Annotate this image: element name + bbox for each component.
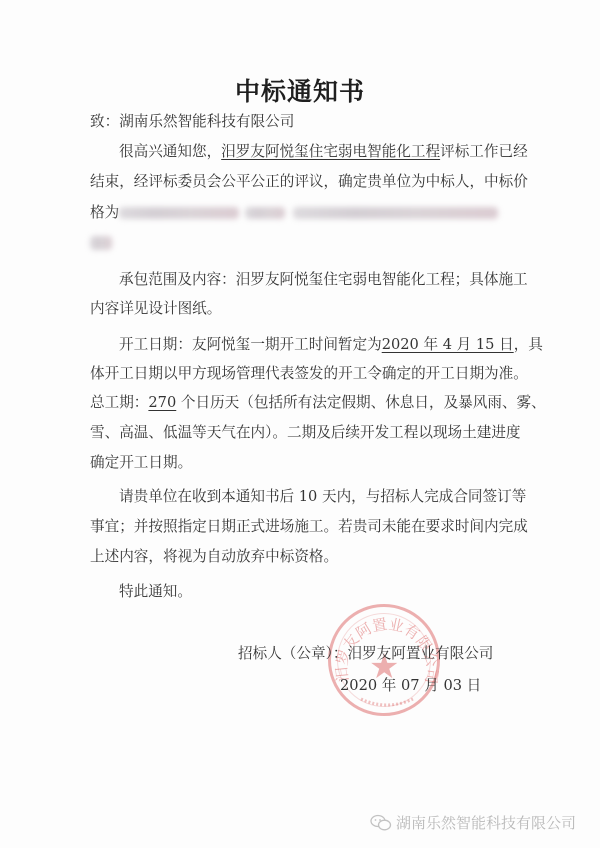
start-date: 2020 年 4 月 15 日: [382, 336, 514, 353]
project-name: 汨罗友阿悦玺住宅弱电智能化工程: [221, 143, 440, 160]
redacted-price-part2: [245, 207, 285, 219]
para3-line5: 确定开工日期。: [90, 453, 510, 473]
para4-line3: 上述内容，将视为自动放弃中标资格。: [90, 547, 510, 567]
price-label: 格为: [90, 204, 119, 221]
watermark-text: 湖南乐然智能科技有限公司: [396, 812, 576, 833]
para2-line1: 承包范围及内容：汨罗友阿悦玺住宅弱电智能化工程；具体施工: [119, 270, 510, 290]
signature-line: 招标人（公章）：汨罗友阿置业有限公司: [238, 642, 493, 663]
duration-label: 总工期：: [90, 394, 148, 411]
para1-suffix: 评标工作已经: [440, 143, 528, 160]
para3-suffix: ，具: [514, 336, 543, 353]
wechat-watermark: 湖南乐然智能科技有限公司: [370, 812, 576, 833]
issue-date: 2020 年 07 月 03 日: [340, 674, 481, 695]
para3-line3: 总工期：270 个日历天（包括所有法定假期、休息日，及暴风雨、雾、: [90, 393, 510, 413]
para1-prefix: 很高兴通知您，: [119, 143, 221, 160]
para1-line3: 格为: [90, 203, 510, 223]
para4-line2: 事宜；并按照指定日期正式进场施工。若贵司未能在要求时间内完成: [90, 517, 510, 537]
para3-line2: 体开工日期以甲方现场管理代表签发的开工令确定的开工日期为准。: [90, 364, 510, 384]
para3-line4: 雪、高温、低温等天气在内）。二期及后续开发工程以现场土建进度: [90, 423, 510, 443]
duration-suffix: 个日历天（包括所有法定假期、休息日，及暴风雨、雾、: [176, 394, 546, 411]
redacted-price-part1: [119, 207, 239, 219]
para2-line2: 内容详见设计图纸。: [90, 299, 510, 319]
para4-line1: 请贵单位在收到本通知书后 10 天内，与招标人完成合同签订等: [119, 487, 510, 507]
signature-label: 招标人（公章）：: [238, 645, 347, 662]
start-date-label: 开工日期：友阿悦玺一期开工时间暂定为: [119, 336, 382, 353]
para3-line1: 开工日期：友阿悦玺一期开工时间暂定为2020 年 4 月 15 日，具: [119, 335, 510, 355]
closing-line: 特此通知。: [119, 582, 510, 602]
recipient-line: 致：湖南乐然智能科技有限公司: [90, 112, 510, 132]
document-title: 中标通知书: [0, 72, 600, 108]
redacted-price-part4: [90, 236, 112, 250]
para1-line2: 结束，经评标委员会公平公正的评议，确定贵单位为中标人，中标价: [90, 172, 510, 192]
para1-line4: [90, 233, 510, 253]
wechat-icon: [370, 814, 392, 832]
notice-document: 中标通知书 致：湖南乐然智能科技有限公司 很高兴通知您，汨罗友阿悦玺住宅弱电智能…: [0, 0, 600, 848]
issuer-name: 汨罗友阿置业有限公司: [347, 645, 493, 662]
para1-line1: 很高兴通知您，汨罗友阿悦玺住宅弱电智能化工程评标工作已经: [119, 142, 510, 162]
duration-days: 270: [148, 394, 176, 411]
recipient-name: 湖南乐然智能科技有限公司: [119, 113, 294, 130]
redacted-price-part3: [293, 207, 498, 219]
recipient-prefix: 致：: [90, 113, 119, 130]
